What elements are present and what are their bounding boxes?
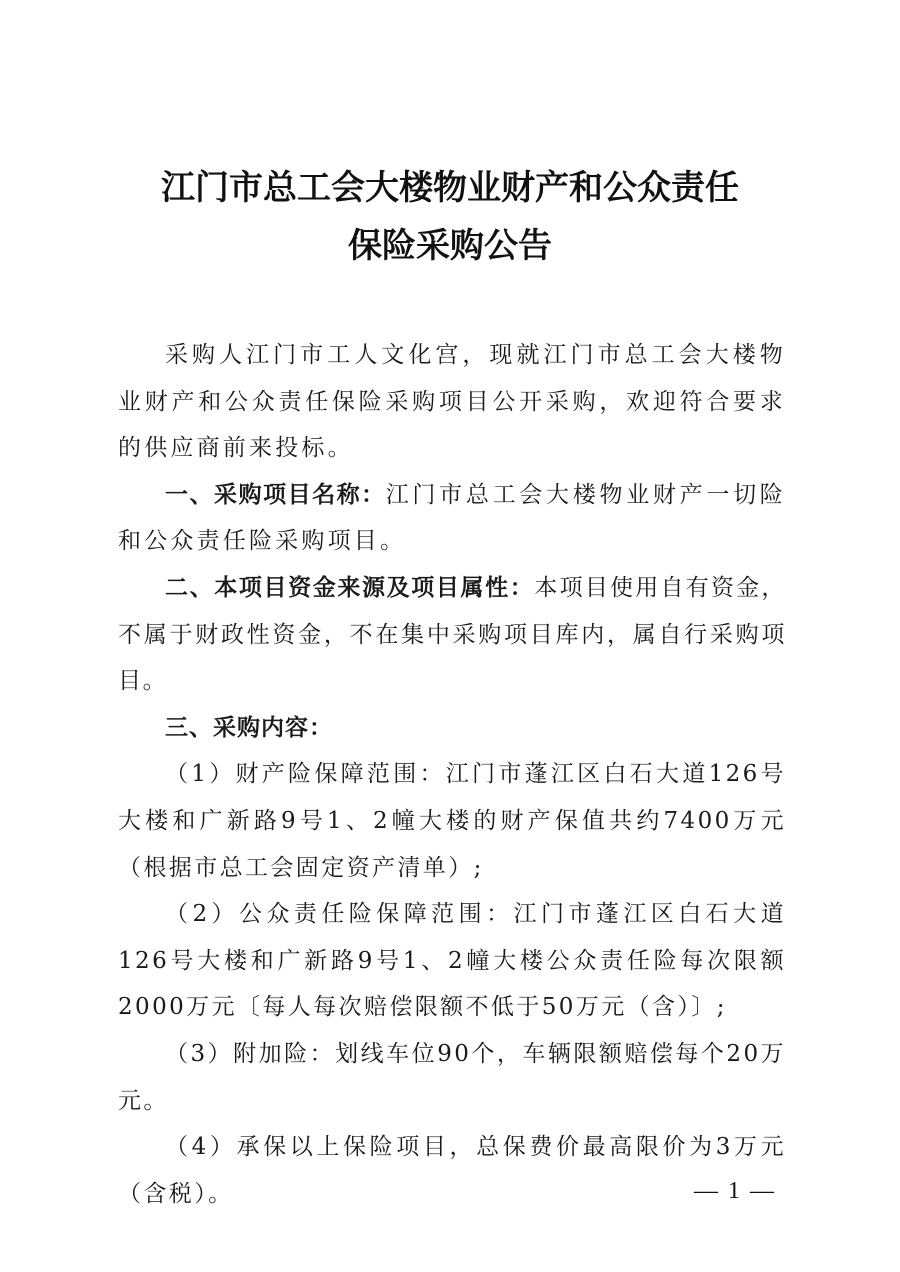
document-page: 江门市总工会大楼物业财产和公众责任 保险采购公告 采购人江门市工人文化宫，现就江… bbox=[0, 0, 900, 1272]
section-content-heading: 三、采购内容： bbox=[118, 705, 786, 752]
page-number: — 1 — bbox=[680, 1178, 790, 1205]
intro-paragraph: 采购人江门市工人文化宫，现就江门市总工会大楼物业财产和公众责任保险采购项目公开采… bbox=[118, 332, 786, 472]
content-item-liability: （2）公众责任险保障范围：江门市蓬江区白石大道126号大楼和广新路9号1、2幢大… bbox=[118, 891, 786, 1031]
content-item-additional: （3）附加险：划线车位90个，车辆限额赔偿每个20万元。 bbox=[118, 1031, 786, 1124]
section-label: 一、采购项目名称： bbox=[165, 482, 386, 508]
content-item-property: （1）财产险保障范围：江门市蓬江区白石大道126号大楼和广新路9号1、2幢大楼的… bbox=[118, 751, 786, 891]
section-label: 三、采购内容： bbox=[165, 715, 333, 741]
document-title-line-2: 保险采购公告 bbox=[0, 218, 900, 267]
section-project-name: 一、采购项目名称：江门市总工会大楼物业财产一切险和公众责任险采购项目。 bbox=[118, 472, 786, 565]
document-title-line-1: 江门市总工会大楼物业财产和公众责任 bbox=[0, 160, 900, 209]
section-label: 二、本项目资金来源及项目属性： bbox=[165, 575, 534, 601]
section-fund-source: 二、本项目资金来源及项目属性：本项目使用自有资金，不属于财政性资金，不在集中采购… bbox=[118, 565, 786, 705]
document-body: 采购人江门市工人文化宫，现就江门市总工会大楼物业财产和公众责任保险采购项目公开采… bbox=[118, 332, 786, 1217]
